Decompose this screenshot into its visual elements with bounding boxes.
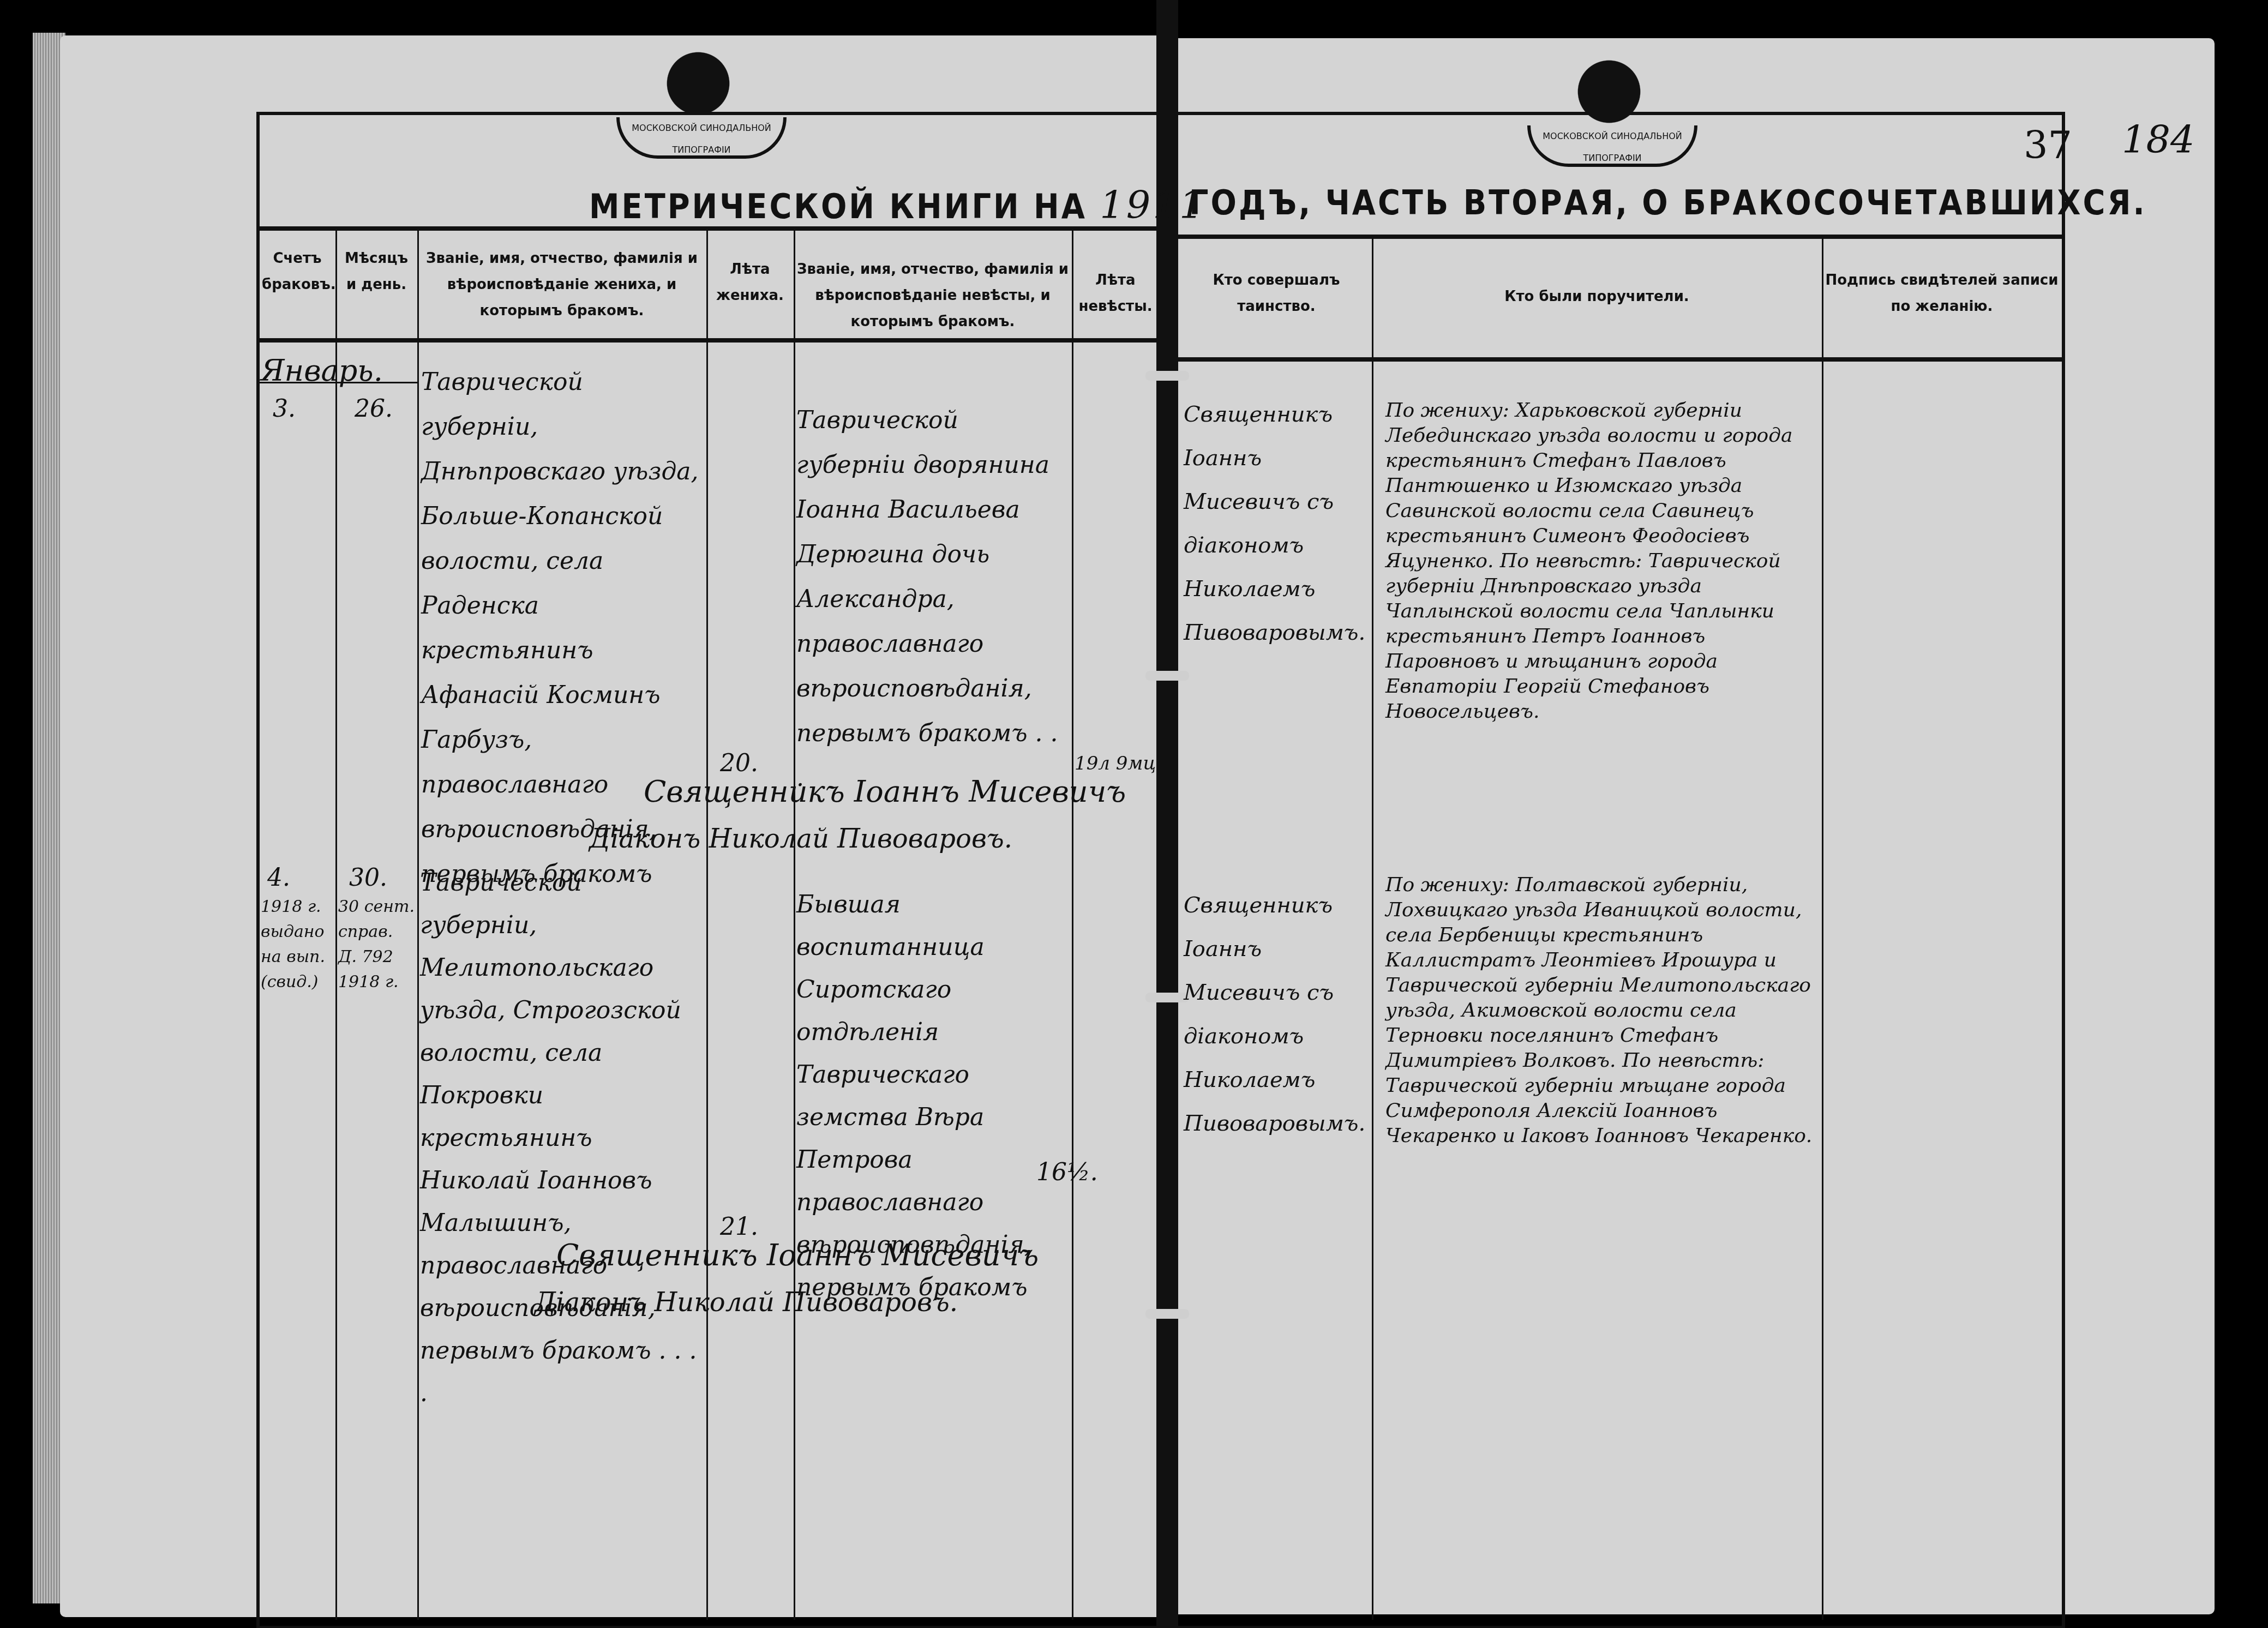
page-title-right: ГОДЪ, ЧАСТЬ ВТОРАЯ, О БРАКОСОЧЕТАВШИХСЯ. (1189, 183, 2147, 223)
officiant: Священникъ Іоаннъ Мисевичъ съ діакономъ … (1184, 393, 1369, 654)
imperial-eagle-emblem-icon: МОСКОВСКОЙ СИНОДАЛЬНОЙ ТИПОГРАФІИ (616, 35, 780, 161)
entry-day: 26. (355, 387, 393, 431)
sponsors: По жениху: Харьковской губерніи Лебединс… (1385, 398, 1816, 724)
column-header-witness-signature: Подпись свидѣтелей записи по желанію. (1825, 267, 2059, 320)
entry-day: 30. (349, 856, 387, 900)
signature-priest: Священникъ Іоаннъ Мисевичъ (644, 774, 1126, 809)
column-header-bride: Званіе, имя, отчество, фамилія и вѣроисп… (796, 256, 1069, 335)
groom-details: Таврической губерніи, Днѣпровскаго уѣзда… (421, 360, 705, 897)
column-divider (1072, 229, 1073, 1620)
column-divider (794, 229, 795, 1620)
column-header-bride-age: Лѣта невѣсты. (1075, 267, 1156, 320)
table-frame-right (1178, 112, 2065, 1628)
header-rule (1178, 235, 2062, 239)
imperial-eagle-emblem-icon: МОСКОВСКОЙ СИНОДАЛЬНОЙ ТИПОГРАФІИ (1527, 44, 1691, 169)
printed-page-number: 37 (2024, 123, 2072, 167)
column-divider (706, 229, 708, 1620)
column-divider (417, 229, 419, 1620)
column-header-officiant: Кто совершалъ таинство. (1184, 267, 1369, 320)
header-rule (260, 226, 1160, 231)
signature-deacon: Діаконъ Николай Пивоваровъ. (535, 1287, 958, 1318)
signature-priest: Священникъ Іоаннъ Мисевичъ (556, 1238, 1039, 1272)
column-divider (335, 229, 337, 1620)
bride-details: Таврической губерніи дворянина Іоанна Ва… (796, 398, 1069, 801)
entry-count-note: 1918 г. выдано на вып. (свид.) (261, 894, 334, 995)
header-bottom-rule (260, 338, 1160, 343)
column-header-sponsors: Кто были поручители. (1375, 284, 1819, 310)
column-header-date: Мѣсяцъ и день. (338, 245, 415, 298)
header-bottom-rule (1178, 357, 2062, 362)
column-header-groom: Званіе, имя, отчество, фамилія и вѣроисп… (420, 245, 704, 324)
officiant: Священникъ Іоаннъ Мисевичъ съ діакономъ … (1184, 884, 1369, 1145)
column-header-count: Счетъ браковъ. (262, 245, 333, 298)
signature-deacon: Діаконъ Николай Пивоваровъ. (589, 824, 1012, 854)
bride-age: 16½. (1036, 1151, 1098, 1194)
page-title-left: МЕТРИЧЕСКОЙ КНИГИ НА 1911 (589, 183, 1205, 227)
column-divider (1822, 235, 1823, 1620)
month-label: Январь. (261, 349, 383, 393)
sponsors: По жениху: Полтавской губерніи, Лохвицка… (1385, 873, 1816, 1149)
entry-day-note: 30 сент. справ. Д. 792 1918 г. (338, 894, 415, 995)
column-header-groom-age: Лѣта жениха. (709, 256, 791, 309)
archive-folio-number: 184 (2122, 117, 2195, 162)
entry-count: 4. (267, 856, 290, 900)
entry-count: 3. (273, 387, 296, 431)
column-divider (1372, 235, 1373, 1620)
month-underline (260, 382, 418, 383)
groom-details: Таврической губерніи, Мелитопольскаго уѣ… (420, 862, 704, 1415)
